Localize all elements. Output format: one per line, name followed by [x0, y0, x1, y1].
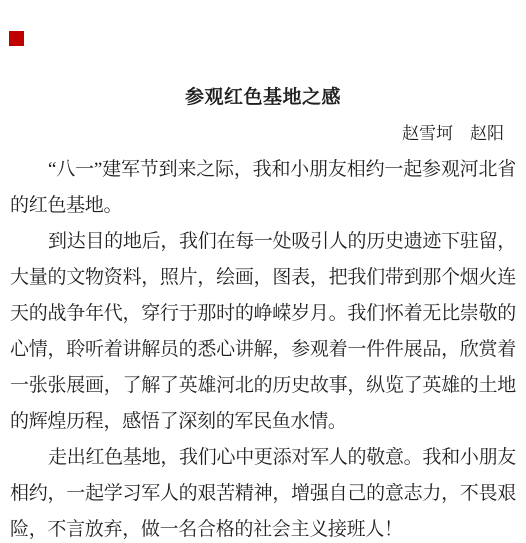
essay-paragraph-3: 走出红色基地，我们心中更添对军人的敬意。我和小朋友相约，一起学习军人的艰苦精神，… [10, 440, 516, 543]
essay-byline: 赵雪坷 赵阳 [10, 116, 516, 152]
red-square-marker [9, 31, 24, 46]
essay-paragraph-1: “八一”建军节到来之际，我和小朋友相约一起参观河北省的红色基地。 [10, 152, 516, 224]
essay-paragraph-2: 到达目的地后，我们在每一处吸引人的历史遗迹下驻留，大量的文物资料，照片，绘画，图… [10, 224, 516, 440]
essay-content: 参观红色基地之感 赵雪坷 赵阳 “八一”建军节到来之际，我和小朋友相约一起参观河… [10, 80, 516, 543]
document-page: 参观红色基地之感 赵雪坷 赵阳 “八一”建军节到来之际，我和小朋友相约一起参观河… [0, 0, 526, 543]
essay-title: 参观红色基地之感 [10, 80, 516, 116]
